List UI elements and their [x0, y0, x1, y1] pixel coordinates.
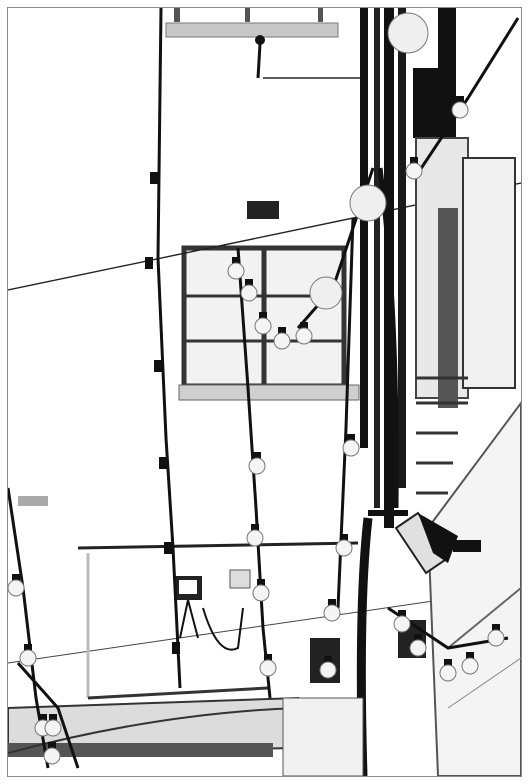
vent-grille [247, 201, 279, 219]
photo-frame: High-contrast black and white photograph… [7, 7, 522, 777]
photo-scene [8, 8, 521, 776]
